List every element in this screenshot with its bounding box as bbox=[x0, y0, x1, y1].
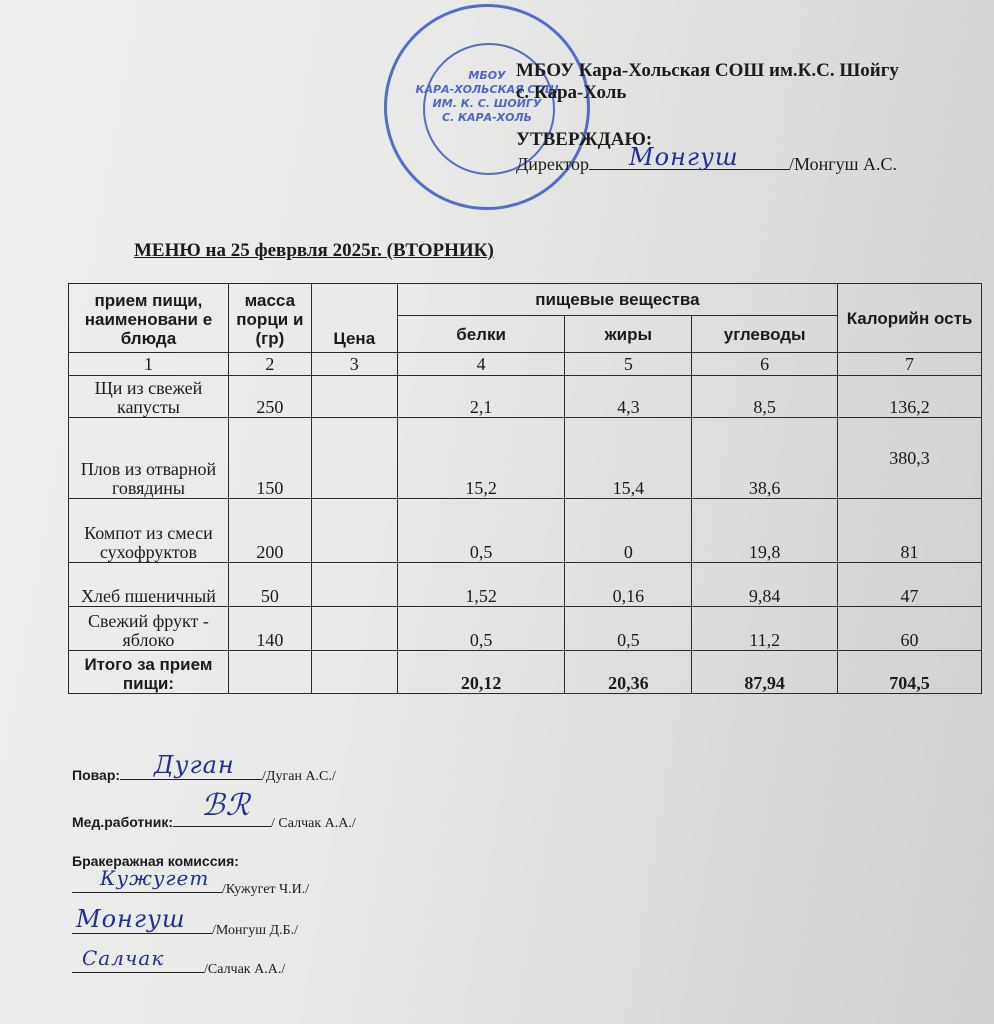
signature-blank: Дуган bbox=[120, 765, 262, 780]
med-signature: ℬℛ bbox=[201, 794, 251, 818]
dish-calories: 60 bbox=[838, 607, 982, 651]
column-number: 5 bbox=[565, 353, 692, 376]
header-proteins: белки bbox=[397, 316, 565, 353]
table-row: Щи из свежей капусты 250 2,1 4,3 8,5 136… bbox=[69, 376, 982, 418]
signature-blank: Монгуш bbox=[589, 151, 789, 170]
member-signature: Кужугет bbox=[100, 866, 209, 890]
table-row: Плов из отварной говядины 150 15,2 15,4 … bbox=[69, 418, 982, 499]
dish-fats: 15,4 bbox=[565, 418, 692, 499]
dish-fats: 4,3 bbox=[565, 376, 692, 418]
stamp-line: С. КАРА-ХОЛЬ bbox=[387, 111, 587, 125]
dish-mass: 200 bbox=[228, 499, 311, 563]
dish-fats: 0 bbox=[565, 499, 692, 563]
med-signature-line: Мед.работник:ℬℛ/ Салчак А.А./ bbox=[72, 812, 356, 832]
signature-blank: Салчак bbox=[72, 958, 204, 973]
dish-mass: 140 bbox=[228, 607, 311, 651]
med-label: Мед.работник: bbox=[72, 814, 173, 830]
dish-name: Щи из свежей капусты bbox=[69, 376, 229, 418]
dish-name: Хлеб пшеничный bbox=[69, 563, 229, 607]
dish-proteins: 1,52 bbox=[397, 563, 565, 607]
cook-signature: Дуган bbox=[154, 753, 235, 777]
dish-mass: 50 bbox=[228, 563, 311, 607]
dish-mass: 250 bbox=[228, 376, 311, 418]
commission-member: Салчак/Салчак А.А./ bbox=[72, 958, 285, 978]
dish-fats: 0,5 bbox=[565, 607, 692, 651]
dish-carbs: 19,8 bbox=[692, 499, 838, 563]
total-row: Итого за прием пищи: 20,12 20,36 87,94 7… bbox=[69, 651, 982, 694]
cook-label: Повар: bbox=[72, 767, 120, 783]
column-number: 2 bbox=[228, 353, 311, 376]
dish-carbs: 38,6 bbox=[692, 418, 838, 499]
header-carbs: углеводы bbox=[692, 316, 838, 353]
header-price: Цена bbox=[311, 284, 397, 353]
director-signature-line: ДиректорМонгуш/Монгуш А.С. bbox=[516, 151, 897, 175]
menu-table: прием пищи, наименовани е блюда масса по… bbox=[68, 283, 982, 694]
total-calories: 704,5 bbox=[838, 651, 982, 694]
commission-member: Кужугет/Кужугет Ч.И./ bbox=[72, 878, 309, 898]
dish-calories: 47 bbox=[838, 563, 982, 607]
member-name: /Монгуш Д.Б./ bbox=[212, 923, 298, 938]
dish-carbs: 8,5 bbox=[692, 376, 838, 418]
member-name: /Салчак А.А./ bbox=[204, 962, 285, 977]
header-nutrients: пищевые вещества bbox=[397, 284, 837, 316]
dish-price bbox=[311, 376, 397, 418]
header-fats: жиры bbox=[565, 316, 692, 353]
director-label: Директор bbox=[516, 154, 589, 174]
dish-name: Свежий фрукт - яблоко bbox=[69, 607, 229, 651]
member-signature: Салчак bbox=[82, 946, 164, 970]
total-fats: 20,36 bbox=[565, 651, 692, 694]
dish-carbs: 11,2 bbox=[692, 607, 838, 651]
column-numbers-row: 1 2 3 4 5 6 7 bbox=[69, 353, 982, 376]
member-signature: Монгуш bbox=[76, 907, 186, 931]
table-row: Компот из смеси сухофруктов 200 0,5 0 19… bbox=[69, 499, 982, 563]
dish-price bbox=[311, 499, 397, 563]
total-proteins: 20,12 bbox=[397, 651, 565, 694]
total-mass bbox=[228, 651, 311, 694]
signature-blank: ℬℛ bbox=[173, 812, 271, 827]
dish-calories: 380,3 bbox=[838, 418, 982, 499]
total-price bbox=[311, 651, 397, 694]
dish-fats: 0,16 bbox=[565, 563, 692, 607]
med-name: / Салчак А.А./ bbox=[271, 816, 356, 831]
dish-calories: 136,2 bbox=[838, 376, 982, 418]
member-name: /Кужугет Ч.И./ bbox=[222, 882, 309, 897]
village-name: с. Кара-Холь bbox=[516, 82, 626, 104]
dish-name: Плов из отварной говядины bbox=[69, 418, 229, 499]
column-number: 7 bbox=[838, 353, 982, 376]
cook-name: /Дуган А.С./ bbox=[262, 769, 336, 784]
menu-title: МЕНЮ на 25 феврвля 2025г. (ВТОРНИК) bbox=[134, 240, 494, 262]
total-carbs: 87,94 bbox=[692, 651, 838, 694]
dish-name: Компот из смеси сухофруктов bbox=[69, 499, 229, 563]
dish-carbs: 9,84 bbox=[692, 563, 838, 607]
dish-price bbox=[311, 418, 397, 499]
dish-proteins: 0,5 bbox=[397, 607, 565, 651]
director-signature: Монгуш bbox=[629, 145, 739, 169]
commission-member: Монгуш/Монгуш Д.Б./ bbox=[72, 919, 298, 939]
table-row: Свежий фрукт - яблоко 140 0,5 0,5 11,2 6… bbox=[69, 607, 982, 651]
dish-price bbox=[311, 563, 397, 607]
table-row: Хлеб пшеничный 50 1,52 0,16 9,84 47 bbox=[69, 563, 982, 607]
dish-mass: 150 bbox=[228, 418, 311, 499]
signature-blank: Кужугет bbox=[72, 878, 222, 893]
column-number: 3 bbox=[311, 353, 397, 376]
organization-name: МБОУ Кара-Хольская СОШ им.К.С. Шойгу bbox=[516, 60, 899, 82]
column-number: 1 bbox=[69, 353, 229, 376]
dish-price bbox=[311, 607, 397, 651]
total-label: Итого за прием пищи: bbox=[69, 651, 229, 694]
column-number: 4 bbox=[397, 353, 565, 376]
signature-blank: Монгуш bbox=[72, 919, 212, 934]
column-number: 6 bbox=[692, 353, 838, 376]
dish-proteins: 2,1 bbox=[397, 376, 565, 418]
header-mass: масса порци и (гр) bbox=[228, 284, 311, 353]
official-stamp: МБОУ КАРА-ХОЛЬСКАЯ СОШ ИМ. К. С. ШОЙГУ С… bbox=[384, 4, 590, 210]
dish-proteins: 0,5 bbox=[397, 499, 565, 563]
header-calories: Калорийн ость bbox=[838, 284, 982, 353]
director-name: /Монгуш А.С. bbox=[789, 154, 897, 174]
dish-proteins: 15,2 bbox=[397, 418, 565, 499]
header-meal: прием пищи, наименовани е блюда bbox=[69, 284, 229, 353]
dish-calories: 81 bbox=[838, 499, 982, 563]
cook-signature-line: Повар:Дуган/Дуган А.С./ bbox=[72, 765, 336, 785]
